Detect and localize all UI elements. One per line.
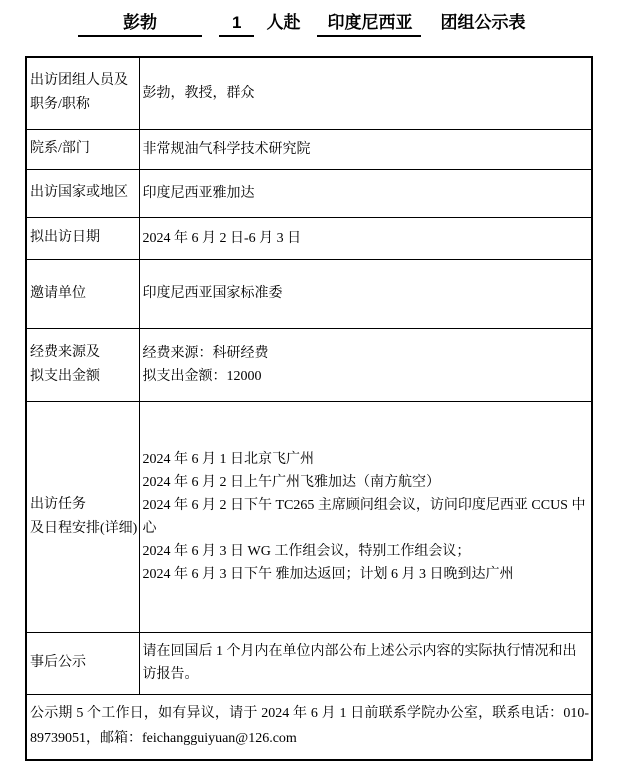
row-value-members: 彭勃，教授，群众 [139,57,592,129]
row-value-funding: 经费来源：科研经费 拟支出金额：12000 [139,328,592,401]
row-label-department: 院系/部门 [26,129,139,169]
table-row-members: 出访团组人员及 职务/职称 彭勃，教授，群众 [26,57,592,129]
row-label-post-publicity: 事后公示 [26,632,139,694]
row-label-inviter: 邀请单位 [26,259,139,328]
row-label-country: 出访国家或地区 [26,169,139,217]
table-row-department: 院系/部门 非常规油气科学技术研究院 [26,129,592,169]
row-label-dates: 拟出访日期 [26,217,139,259]
row-value-inviter: 印度尼西亚国家标准委 [139,259,592,328]
row-value-dates: 2024 年 6 月 2 日-6 月 3 日 [139,217,592,259]
table-row-country: 出访国家或地区 印度尼西亚雅加达 [26,169,592,217]
footer-note: 公示期 5 个工作日，如有异议，请于 2024 年 6 月 1 日前联系学院办公… [26,694,592,760]
table-row-itinerary: 出访任务 及日程安排(详细) 2024 年 6 月 1 日北京飞广州 2024 … [26,401,592,632]
title-destination-underlined: 印度尼西亚 [317,12,421,37]
document-title: 彭勃1人赴印度尼西亚团组公示表 [78,12,525,37]
title-name-underlined: 彭勃 [78,12,202,37]
table-row-footer-note: 公示期 5 个工作日，如有异议，请于 2024 年 6 月 1 日前联系学院办公… [26,694,592,760]
table-row-funding: 经费来源及 拟支出金额 经费来源：科研经费 拟支出金额：12000 [26,328,592,401]
row-label-funding: 经费来源及 拟支出金额 [26,328,139,401]
row-label-itinerary: 出访任务 及日程安排(详细) [26,401,139,632]
row-value-country: 印度尼西亚雅加达 [139,169,592,217]
row-value-post-publicity: 请在回国后 1 个月内在单位内部公布上述公示内容的实际执行情况和出访报告。 [139,632,592,694]
row-label-members: 出访团组人员及 职务/职称 [26,57,139,129]
title-renfu-text: 人赴 [266,13,300,32]
notice-table: 出访团组人员及 职务/职称 彭勃，教授，群众 院系/部门 非常规油气科学技术研究… [25,56,593,761]
table-row-post-publicity: 事后公示 请在回国后 1 个月内在单位内部公布上述公示内容的实际执行情况和出访报… [26,632,592,694]
row-value-department: 非常规油气科学技术研究院 [139,129,592,169]
table-row-dates: 拟出访日期 2024 年 6 月 2 日-6 月 3 日 [26,217,592,259]
document-page: 彭勃1人赴印度尼西亚团组公示表 出访团组人员及 职务/职称 彭勃，教授，群众 院… [0,0,621,779]
row-value-itinerary: 2024 年 6 月 1 日北京飞广州 2024 年 6 月 2 日上午广州飞雅… [139,401,592,632]
title-suffix-text: 团组公示表 [440,13,525,32]
table-row-inviter: 邀请单位 印度尼西亚国家标准委 [26,259,592,328]
title-count-underlined: 1 [219,12,254,37]
